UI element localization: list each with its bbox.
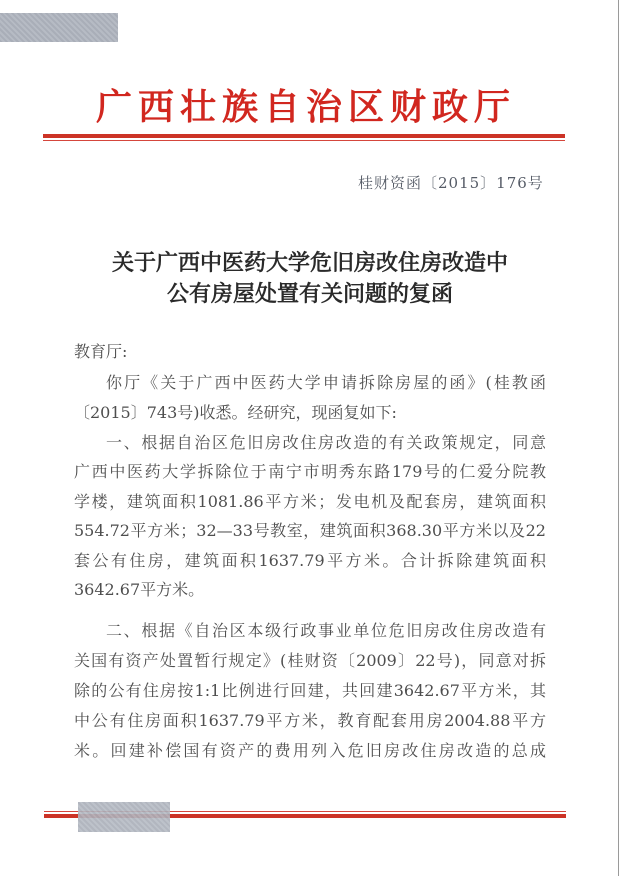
- masthead-rule-thick: [43, 134, 565, 138]
- body-line: 3642.67平方米。: [74, 575, 546, 605]
- document-title-line-1: 关于广西中医药大学危旧房改住房改造中: [0, 246, 620, 277]
- redaction-block-top: [0, 13, 118, 42]
- issuer-masthead: 广西壮族自治区财政厅: [96, 84, 516, 130]
- body-line: 〔2015〕743号)收悉。经研究，现函复如下:: [74, 398, 546, 428]
- body-line: 套公有住房，建筑面积1637.79平方米。合计拆除建筑面积: [74, 546, 546, 576]
- redaction-block-bottom: [78, 802, 170, 832]
- page-edge: [618, 0, 619, 876]
- masthead-rule-thin: [43, 140, 565, 141]
- body-line: 一、根据自治区危旧房改住房改造的有关政策规定，同意: [106, 428, 546, 458]
- document-title-line-2: 公有房屋处置有关问题的复函: [0, 277, 620, 308]
- body-line: 除的公有住房按1:1比例进行回建，共回建3642.67平方米，其: [74, 676, 546, 706]
- body-line: 广西中医药大学拆除位于南宁市明秀东路179号的仁爱分院教: [74, 457, 546, 487]
- body-line: 学楼，建筑面积1081.86平方米；发电机及配套房，建筑面积: [74, 487, 546, 517]
- body-line: 中公有住房面积1637.79平方米，教育配套用房2004.88平方: [74, 706, 546, 736]
- body-line: 554.72平方米；32—33号教室，建筑面积368.30平方米以及22: [74, 516, 546, 546]
- document-number: 桂财资函〔2015〕176号: [358, 172, 544, 193]
- body-line: 二、根据《自治区本级行政事业单位危旧房改住房改造有: [106, 616, 546, 646]
- body-line: 关国有资产处置暂行规定》(桂财资〔2009〕22号)，同意对拆: [74, 646, 546, 676]
- salutation: 教育厅:: [74, 337, 546, 367]
- body-line: 米。回建补偿国有资产的费用列入危旧房改住房改造的总成: [74, 736, 546, 766]
- body-line: 你厅《关于广西中医药大学申请拆除房屋的函》(桂教函: [106, 368, 546, 398]
